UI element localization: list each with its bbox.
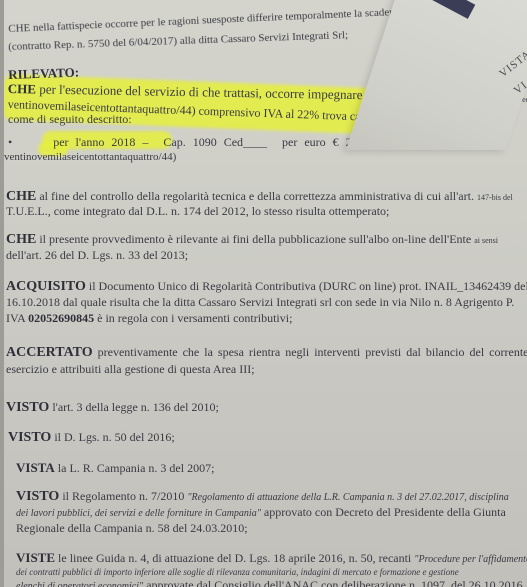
visto-dlgs-50: VISTO il D. Lgs. n. 50 del 2016;: [8, 430, 175, 445]
vista-lr-campania: VISTA la L. R. Campania n. 3 del 2007;: [16, 460, 214, 476]
viste-linee-guida-line3: elenchi di operatori economici" approvat…: [16, 578, 523, 587]
visto-regolamento-line1: VISTO il Regolamento n. 7/2010 "Regolame…: [16, 489, 509, 505]
accertato-line2: esercizio e attribuiti alla gestione di …: [6, 362, 255, 377]
visto-legge-136: VISTO l'art. 3 della legge n. 136 del 20…: [6, 400, 219, 415]
che-pubblicazione-line2: dell'art. 26 del D. Lgs. n. 33 del 2013;: [6, 248, 188, 263]
acquisito-line3: IVA 02052690845 è in regola con i versam…: [6, 311, 292, 326]
che-controllo-line1: CHE al fine del controllo della regolari…: [6, 189, 513, 205]
visto-regolamento-line3: Regionale della Campania n. 58 del 24.03…: [16, 521, 248, 536]
acquisito-line2: 16.10.2018 dal quale risulta che la ditt…: [6, 295, 514, 310]
acquisito-line1: ACQUISITO il Documento Unico di Regolari…: [6, 279, 527, 294]
che-pubblicazione-line1: CHE il presente provvedimento è rilevant…: [6, 232, 498, 248]
visto-regolamento-line2: dei lavori pubblici, dei servizi e delle…: [16, 505, 506, 521]
vat-number: 02052690845: [28, 311, 94, 325]
bullet-line2: ventinovemilaseicentottantaquattro/44): [4, 150, 176, 165]
rilevato-line3: come di seguito descritto:: [8, 112, 132, 127]
rilevato-heading: RILEVATO:: [8, 65, 79, 82]
accertato-line1: ACCERTATO preventivamente che la spesa r…: [6, 345, 527, 360]
che-controllo-line2: T.U.E.L., come integrato dal D.L. n. 174…: [6, 204, 389, 219]
